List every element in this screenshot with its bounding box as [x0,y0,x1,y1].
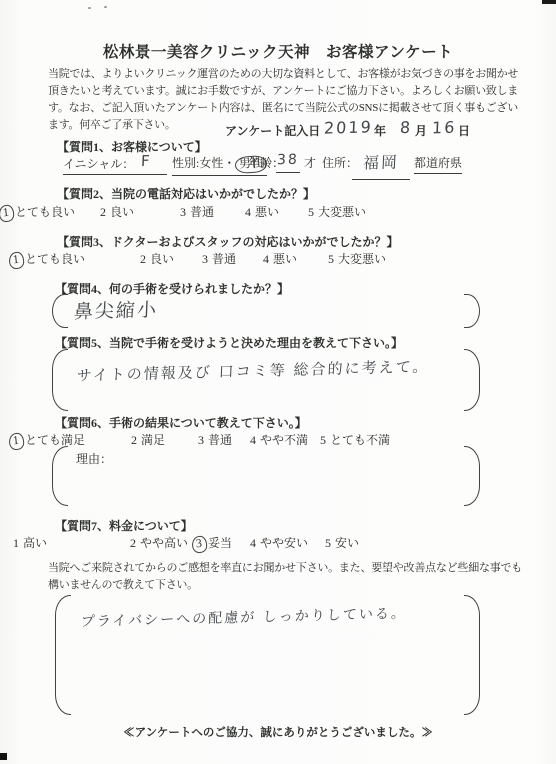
left-bracket [55,595,71,715]
option-label: 悪い [273,252,297,266]
date-month-value: 8 [400,118,413,137]
option-number: 4 [250,536,256,551]
option-label: 良い [150,252,174,266]
q5-answer-box: サイトの情報及び 口コミ等 総合的に考えて。 [52,349,480,411]
option: 5大変悪い [308,203,366,220]
option: 2良い [100,203,134,220]
initial-label: イニシャル： [63,157,134,171]
q6-heading: 【質問6、手術の結果について教えて下さい。】 [55,414,307,431]
q3-heading: 【質問3、ドクターおよびスタッフの対応はいかがでしたか？】 [57,233,399,250]
option-label: とても良い [25,252,85,266]
q7-heading: 【質問7、料金について】 [55,517,193,534]
date-label: アンケート記入日 [225,122,320,139]
q3-options: 1とても良い 2良い 3普通 4悪い 5大変悪い [0,250,556,270]
option: 2やや高い [130,534,188,551]
q1-fields: イニシャル： F 性別:女性・男性 年齢： 38 才 住所： 福岡 都道府県 [0,154,556,174]
right-bracket [464,349,480,411]
option-label: とても満足 [25,433,85,447]
option-number: 3 [191,535,208,553]
option-number: 4 [263,252,269,267]
scan-artifact-bottom-left [0,753,7,760]
survey-scan-page: 松林景一美容クリニック天神 お客様アンケート 当院では、よりよいクリニック運営の… [0,0,556,764]
option-number: 1 [8,251,25,269]
option-label: とても良い [15,205,75,219]
scan-artifact-top-right [542,0,556,4]
q4-answer-handwriting: 鼻尖縮小 [73,295,158,324]
date-month-unit: 月 [415,122,427,139]
option: 5安い [325,534,359,551]
left-bracket [52,294,68,328]
option: 5大変悪い [328,250,386,267]
date-year-value: 2019 [324,117,374,137]
address-value-field: 福岡 [352,154,410,180]
option: 3普通 [202,250,236,267]
q6-reason-label: 理由： [76,450,112,467]
option-label: 満足 [141,433,165,447]
q6-reason-box: 理由： [52,446,480,506]
option: 3普通 [180,203,214,220]
right-bracket [464,595,480,715]
option-number: 2 [100,205,106,220]
scan-speck [88,7,91,9]
q1-heading: 【質問1、お客様について】 [57,138,207,155]
option-label: 安い [335,536,359,550]
option: 1とても良い [14,250,85,269]
option: 2良い [140,250,174,267]
option: 4悪い [245,203,279,220]
option-number: 4 [245,205,251,220]
feedback-prompt: 当院へご来院されてからのご感想を率直にお聞かせ下さい。また、要望や改善点など些細… [48,560,522,594]
option-number: 5 [308,205,314,220]
address-suffix: 都道府県 [414,154,462,174]
option-label: 妥当 [208,536,232,550]
left-bracket [52,446,68,506]
option-label: 良い [110,205,134,219]
option-label: やや高い [140,536,188,550]
option-number: 3 [180,205,186,220]
age-value-field: 38 [276,154,300,173]
feedback-answer-box: プライバシーへの配慮が しっかりしている。 [55,595,480,715]
age-value: 38 [277,152,300,169]
option-label: 悪い [255,205,279,219]
age-unit: 才 [304,154,316,171]
option: 3妥当 [197,534,232,553]
page-title: 松林景一美容クリニック天神 お客様アンケート [0,40,556,62]
option-number: 2 [140,252,146,267]
right-bracket [464,446,480,506]
date-year-unit: 年 [374,122,386,139]
gender-label: 性別:女性・ [172,156,235,170]
option-number: 1 [8,432,25,450]
initial-value: F [141,152,152,170]
date-day-value: 16 [432,118,457,138]
option-label: 大変悪い [338,252,386,266]
option-label: とても不満 [330,433,390,447]
option-number: 1 [0,204,15,222]
q2-options: 1とても良い 2良い 3普通 4悪い 5大変悪い [0,203,556,223]
initial-field: イニシャル： F [63,154,167,175]
q5-answer-handwriting: サイトの情報及び 口コミ等 総合的に考えて。 [76,355,430,385]
option-label: 大変悪い [318,205,366,219]
option-number: 5 [325,536,331,551]
date-day-unit: 日 [458,122,470,139]
address-value: 福岡 [362,150,399,174]
option-label: やや不満 [260,433,308,447]
option-number: 2 [130,536,136,551]
option-label: 高い [23,536,47,550]
option: 1とても良い [4,203,75,222]
option: 4悪い [263,250,297,267]
feedback-answer-handwriting: プライバシーへの配慮が しっかりしている。 [80,603,407,632]
option-label: 普通 [212,252,236,266]
option-number: 3 [202,252,208,267]
left-bracket [52,349,68,411]
q4-answer-box: 鼻尖縮小 [52,294,480,328]
q2-heading: 【質問2、当院の電話対応はいかがでしたか？】 [57,185,315,202]
right-bracket [464,294,480,328]
option-label: 普通 [190,205,214,219]
option: 4やや安い [250,534,308,551]
option: 1高い [13,534,47,551]
option-number: 1 [13,536,19,551]
q7-options: 1高い 2やや高い 3妥当 4やや安い 5安い [0,534,556,554]
option-label: 普通 [208,433,232,447]
footer-thanks: ≪アンケートへのご協力、誠にありがとうございました。≫ [0,724,556,740]
option-number: 5 [328,252,334,267]
option-label: やや安い [260,536,308,550]
scan-speck [104,6,107,8]
